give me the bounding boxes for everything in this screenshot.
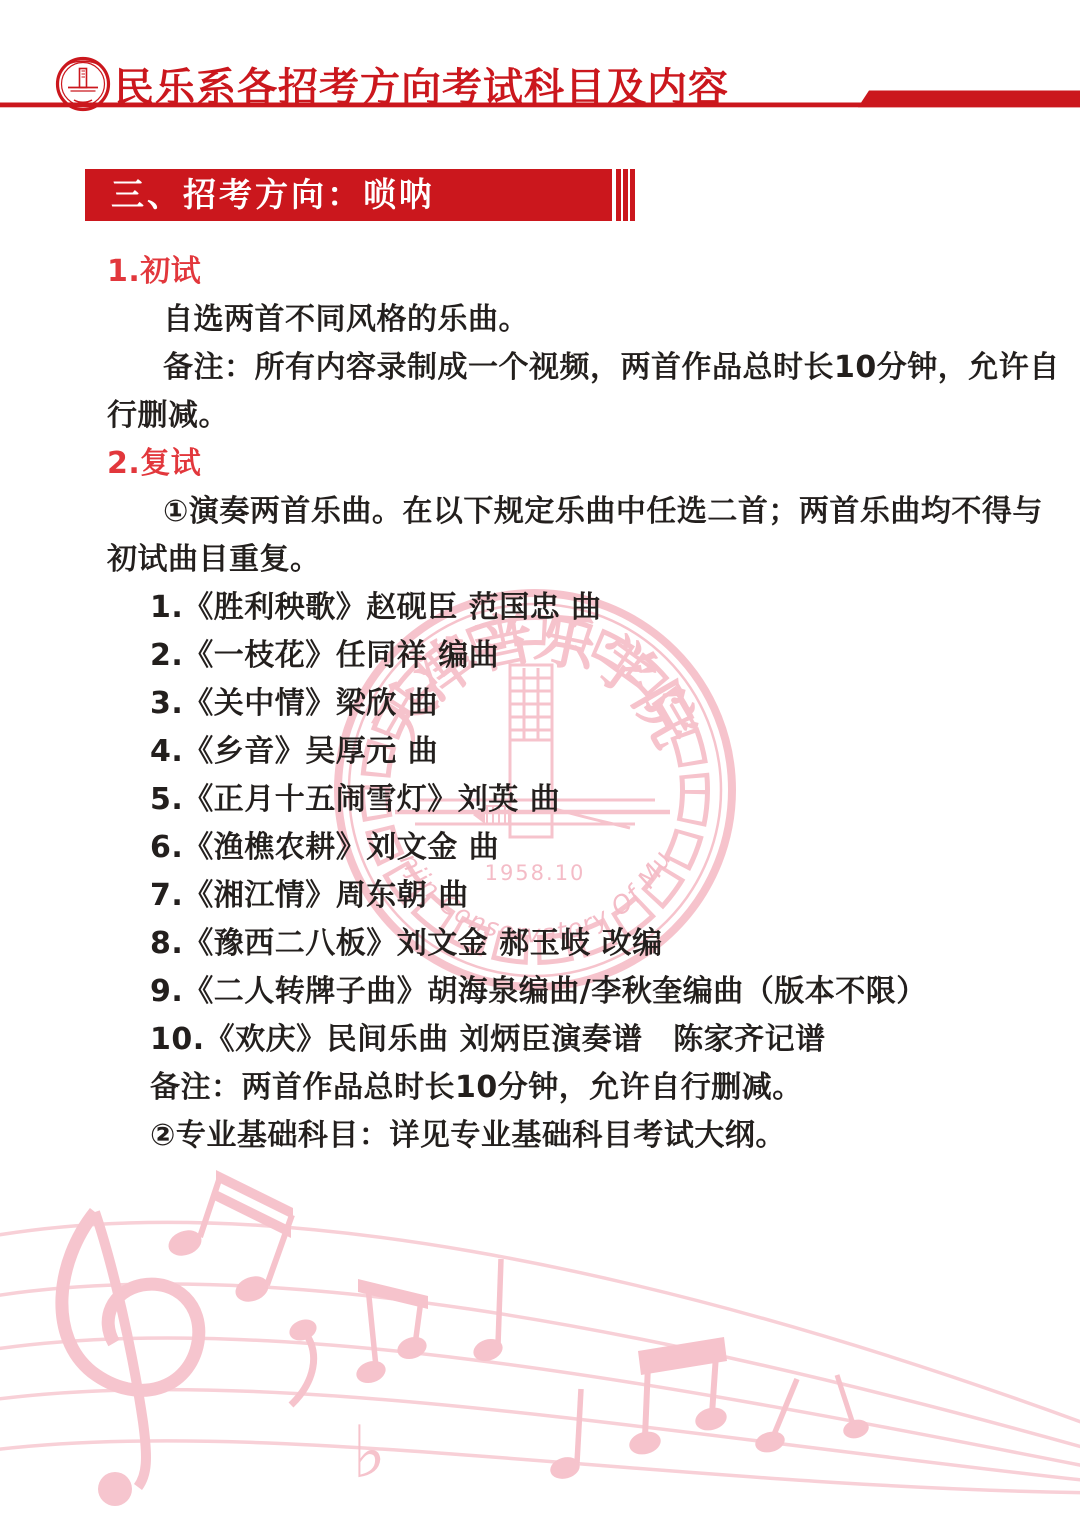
text-line: 4.《乡音》吴厚元 曲 xyxy=(150,735,438,769)
text-line: 备注：所有内容录制成一个视频，两首作品总时长10分钟，允许自 xyxy=(163,351,1060,385)
document-page: 民乐系各招考方向考试科目及内容 三、招考方向：唢呐 xyxy=(0,0,1080,1527)
text-line: 8.《豫西二八板》刘文金 郝玉岐 改编 xyxy=(150,927,663,961)
text-line: 自选两首不同风格的乐曲。 xyxy=(163,303,529,337)
text-line: 2.《一枝花》任同祥 编曲 xyxy=(150,639,499,673)
text-line: 初试曲目重复。 xyxy=(107,543,321,577)
text-line: 7.《湘江情》周东朝 曲 xyxy=(150,879,469,913)
text-line: 行删减。 xyxy=(107,399,229,433)
content-lines: 1.初试自选两首不同风格的乐曲。备注：所有内容录制成一个视频，两首作品总时长10… xyxy=(0,0,1080,1527)
text-line: 1.初试 xyxy=(107,255,201,289)
text-line: ②专业基础科目：详见专业基础科目考试大纲。 xyxy=(150,1119,786,1153)
text-line: ①演奏两首乐曲。在以下规定乐曲中任选二首；两首乐曲均不得与 xyxy=(163,495,1043,529)
text-line: 9.《二人转牌子曲》胡海泉编曲/李秋奎编曲（版本不限） xyxy=(150,975,927,1009)
text-line: 10.《欢庆》民间乐曲 刘炳臣演奏谱 陈家齐记谱 xyxy=(150,1023,826,1057)
text-line: 2.复试 xyxy=(107,447,201,481)
text-line: 备注：两首作品总时长10分钟，允许自行删减。 xyxy=(150,1071,803,1105)
text-line: 3.《关中情》梁欣 曲 xyxy=(150,687,438,721)
text-line: 6.《渔樵农耕》刘文金 曲 xyxy=(150,831,499,865)
text-line: 5.《正月十五闹雪灯》刘英 曲 xyxy=(150,783,560,817)
text-line: 1.《胜利秧歌》赵砚臣 范国忠 曲 xyxy=(150,591,602,625)
